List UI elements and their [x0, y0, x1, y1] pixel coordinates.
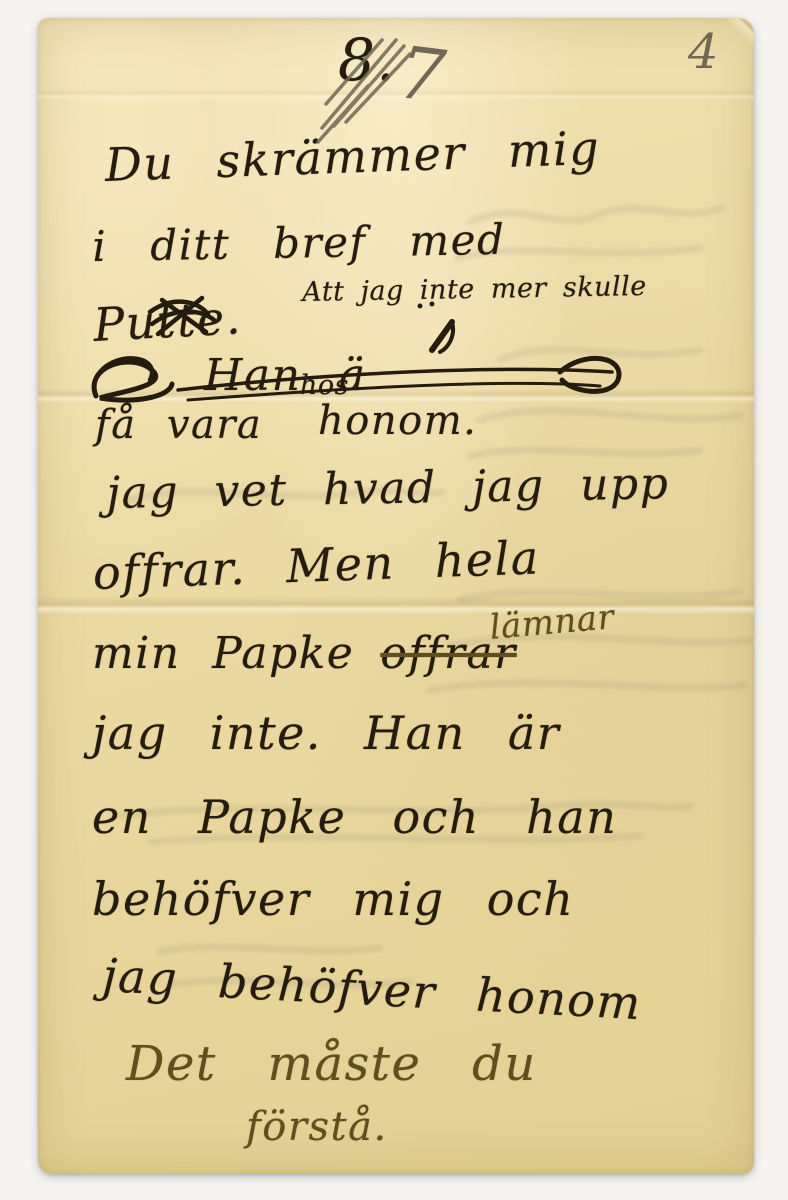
scanned-letter-scene: 8. 7 4 Du skrämmer mig i ditt bref med A… [0, 0, 788, 1200]
page-number: 4 [688, 24, 720, 80]
handwritten-line-2: i ditt bref med [92, 215, 506, 271]
line-8-prefix: min Papke [92, 628, 354, 679]
handwritten-line-5-prefix: få vara [95, 402, 262, 448]
struck-number-text: 8. [338, 26, 396, 94]
handwritten-line-13: Det måste du [126, 1036, 537, 1092]
handwritten-line-3-putte: Putte. [92, 290, 243, 352]
insertion-att-jag-inte-mer-skulle: Att jag inte mer skulle [302, 271, 647, 308]
handwritten-line-8: min Papkeoffrar [92, 628, 517, 679]
handwritten-line-6: jag vet hvad jag upp [106, 458, 670, 519]
handwritten-line-11: behöfver mig och [92, 872, 574, 926]
handwritten-line-9: jag inte. Han är [92, 706, 560, 760]
insertion-hos: hos [300, 370, 349, 401]
handwritten-line-14: förstå. [246, 1104, 388, 1150]
struck-word-offrar: offrar [380, 628, 516, 679]
handwritten-line-5-suffix: honom. [318, 398, 477, 444]
header-struck-number: 8. [338, 26, 396, 94]
page-number-text: 4 [688, 24, 720, 80]
handwritten-line-10: en Papke och han [92, 790, 617, 844]
